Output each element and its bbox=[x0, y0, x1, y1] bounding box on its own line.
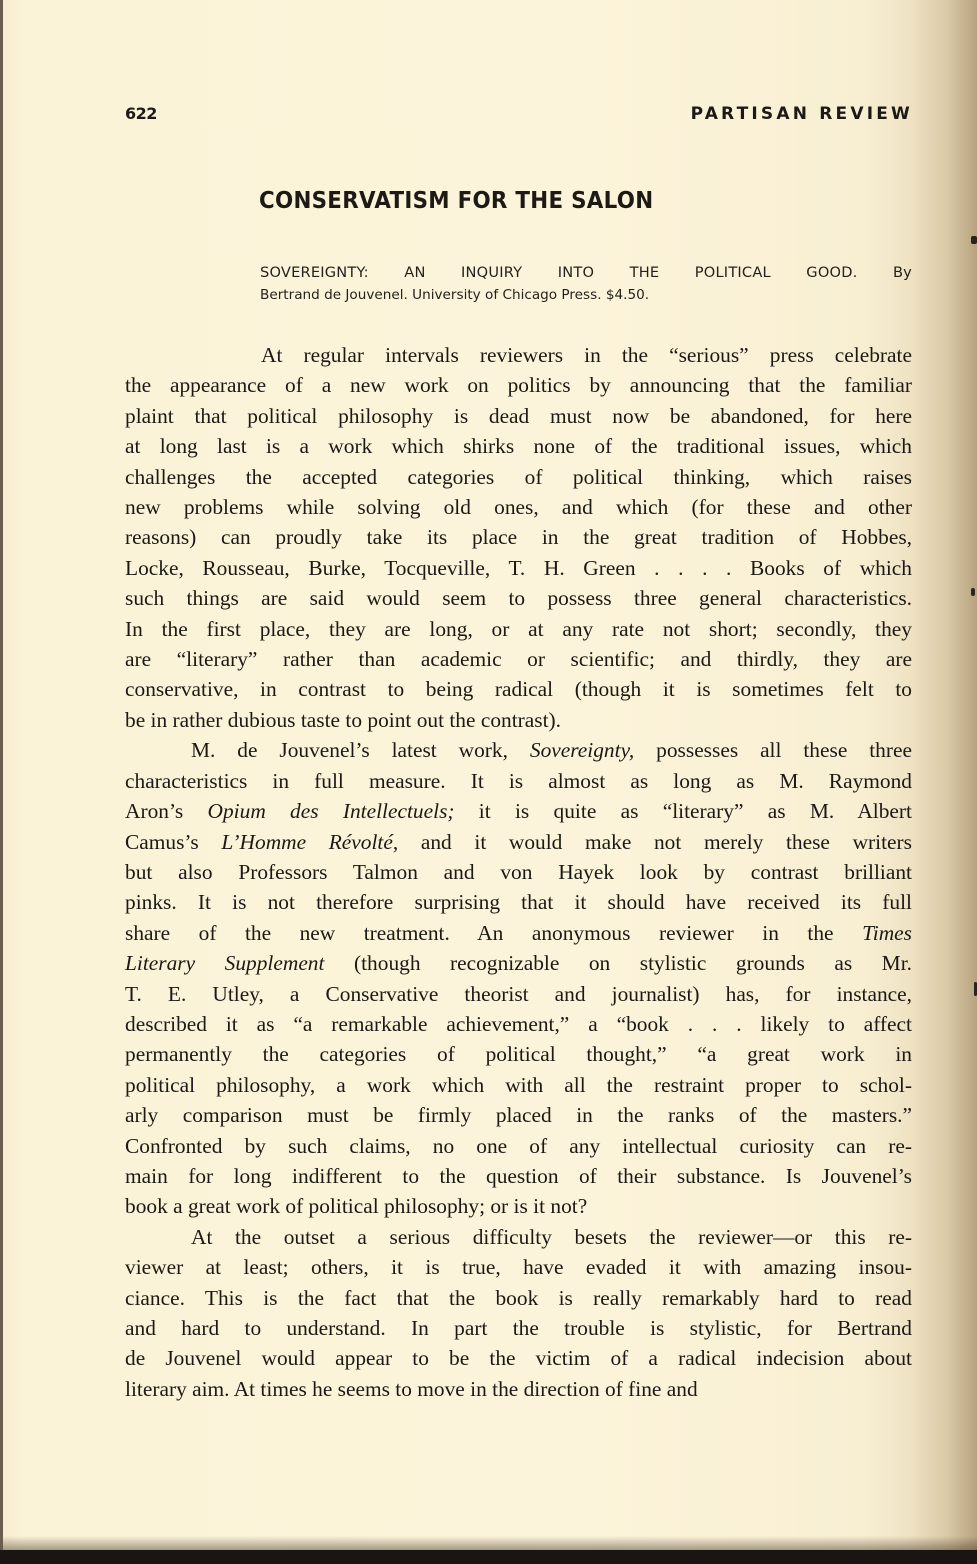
text-line: the appearance of a new work on politics… bbox=[125, 370, 912, 400]
text-line: reasons) can proudly take its place in t… bbox=[125, 522, 912, 552]
text-line: ciance. This is the fact that the book i… bbox=[125, 1283, 912, 1313]
text-line: Confronted by such claims, no one of any… bbox=[125, 1131, 912, 1161]
text-line: characteristics in full measure. It is a… bbox=[125, 766, 912, 796]
text-line: be in rather dubious taste to point out … bbox=[125, 705, 912, 735]
text-line: are “literary” rather than academic or s… bbox=[125, 644, 912, 674]
paragraph: At regular intervals reviewers in the “s… bbox=[125, 340, 912, 735]
text-line: At regular intervals reviewers in the “s… bbox=[125, 340, 912, 370]
text-line: but also Professors Talmon and von Hayek… bbox=[125, 857, 912, 887]
text-line: share of the new treatment. An anonymous… bbox=[125, 918, 912, 948]
book-citation-publisher: Bertrand de Jouvenel. University of Chic… bbox=[260, 284, 912, 306]
italic-title: Opium des Intellectuels; bbox=[208, 799, 455, 823]
text-line: Literary Supplement (though recognizable… bbox=[125, 948, 912, 978]
text-line: M. de Jouvenel’s latest work, Sovereignt… bbox=[125, 735, 912, 765]
running-head: 622 PARTISAN REVIEW bbox=[125, 104, 913, 128]
text-line: plaint that political philosophy is dead… bbox=[125, 401, 912, 431]
text-line: arly comparison must be firmly placed in… bbox=[125, 1100, 912, 1130]
text-line: such things are said would seem to posse… bbox=[125, 583, 912, 613]
page-edge-mark bbox=[971, 588, 975, 596]
italic-title: Sovereignty, bbox=[530, 738, 634, 762]
italic-title: Literary Supplement bbox=[125, 951, 324, 975]
text-line: new problems while solving old ones, and… bbox=[125, 492, 912, 522]
text-line: book a great work of political philosoph… bbox=[125, 1191, 912, 1221]
text-line: In the first place, they are long, or at… bbox=[125, 614, 912, 644]
text-line: At the outset a serious difficulty beset… bbox=[125, 1222, 912, 1252]
text-line: de Jouvenel would appear to be the victi… bbox=[125, 1343, 912, 1373]
book-citation-title: SOVEREIGNTY: AN INQUIRY INTO THE POLITIC… bbox=[260, 262, 912, 284]
article-body: At regular intervals reviewers in the “s… bbox=[125, 340, 912, 1404]
text-line: viewer at least; others, it is true, hav… bbox=[125, 1252, 912, 1282]
paragraph: At the outset a serious difficulty beset… bbox=[125, 1222, 912, 1404]
text-line: at long last is a work which shirks none… bbox=[125, 431, 912, 461]
text-line: literary aim. At times he seems to move … bbox=[125, 1374, 912, 1404]
text-line: pinks. It is not therefore surprising th… bbox=[125, 887, 912, 917]
text-line: Aron’s Opium des Intellectuels; it is qu… bbox=[125, 796, 912, 826]
page-edge-mark bbox=[971, 236, 977, 244]
paragraph: M. de Jouvenel’s latest work, Sovereignt… bbox=[125, 735, 912, 1222]
text-line: conservative, in contrast to being radic… bbox=[125, 674, 912, 704]
article-title: CONSERVATISM FOR THE SALON bbox=[259, 188, 653, 214]
text-line: Locke, Rousseau, Burke, Tocqueville, T. … bbox=[125, 553, 912, 583]
text-line: T. E. Utley, a Conservative theorist and… bbox=[125, 979, 912, 1009]
text-line: political philosophy, a work which with … bbox=[125, 1070, 912, 1100]
text-line: and hard to understand. In part the trou… bbox=[125, 1313, 912, 1343]
book-citation: SOVEREIGNTY: AN INQUIRY INTO THE POLITIC… bbox=[260, 262, 912, 306]
text-line: described it as “a remarkable achievemen… bbox=[125, 1009, 912, 1039]
text-line: main for long indifferent to the questio… bbox=[125, 1161, 912, 1191]
italic-title: Times bbox=[862, 921, 912, 945]
text-line: permanently the categories of political … bbox=[125, 1039, 912, 1069]
text-line: challenges the accepted categories of po… bbox=[125, 462, 912, 492]
book-page: 622 PARTISAN REVIEW CONSERVATISM FOR THE… bbox=[0, 0, 977, 1550]
text-line: Camus’s L’Homme Révolté, and it would ma… bbox=[125, 827, 912, 857]
journal-title: PARTISAN REVIEW bbox=[691, 104, 913, 124]
page-number: 622 bbox=[125, 104, 157, 123]
italic-title: L’Homme Révolté bbox=[221, 830, 393, 854]
